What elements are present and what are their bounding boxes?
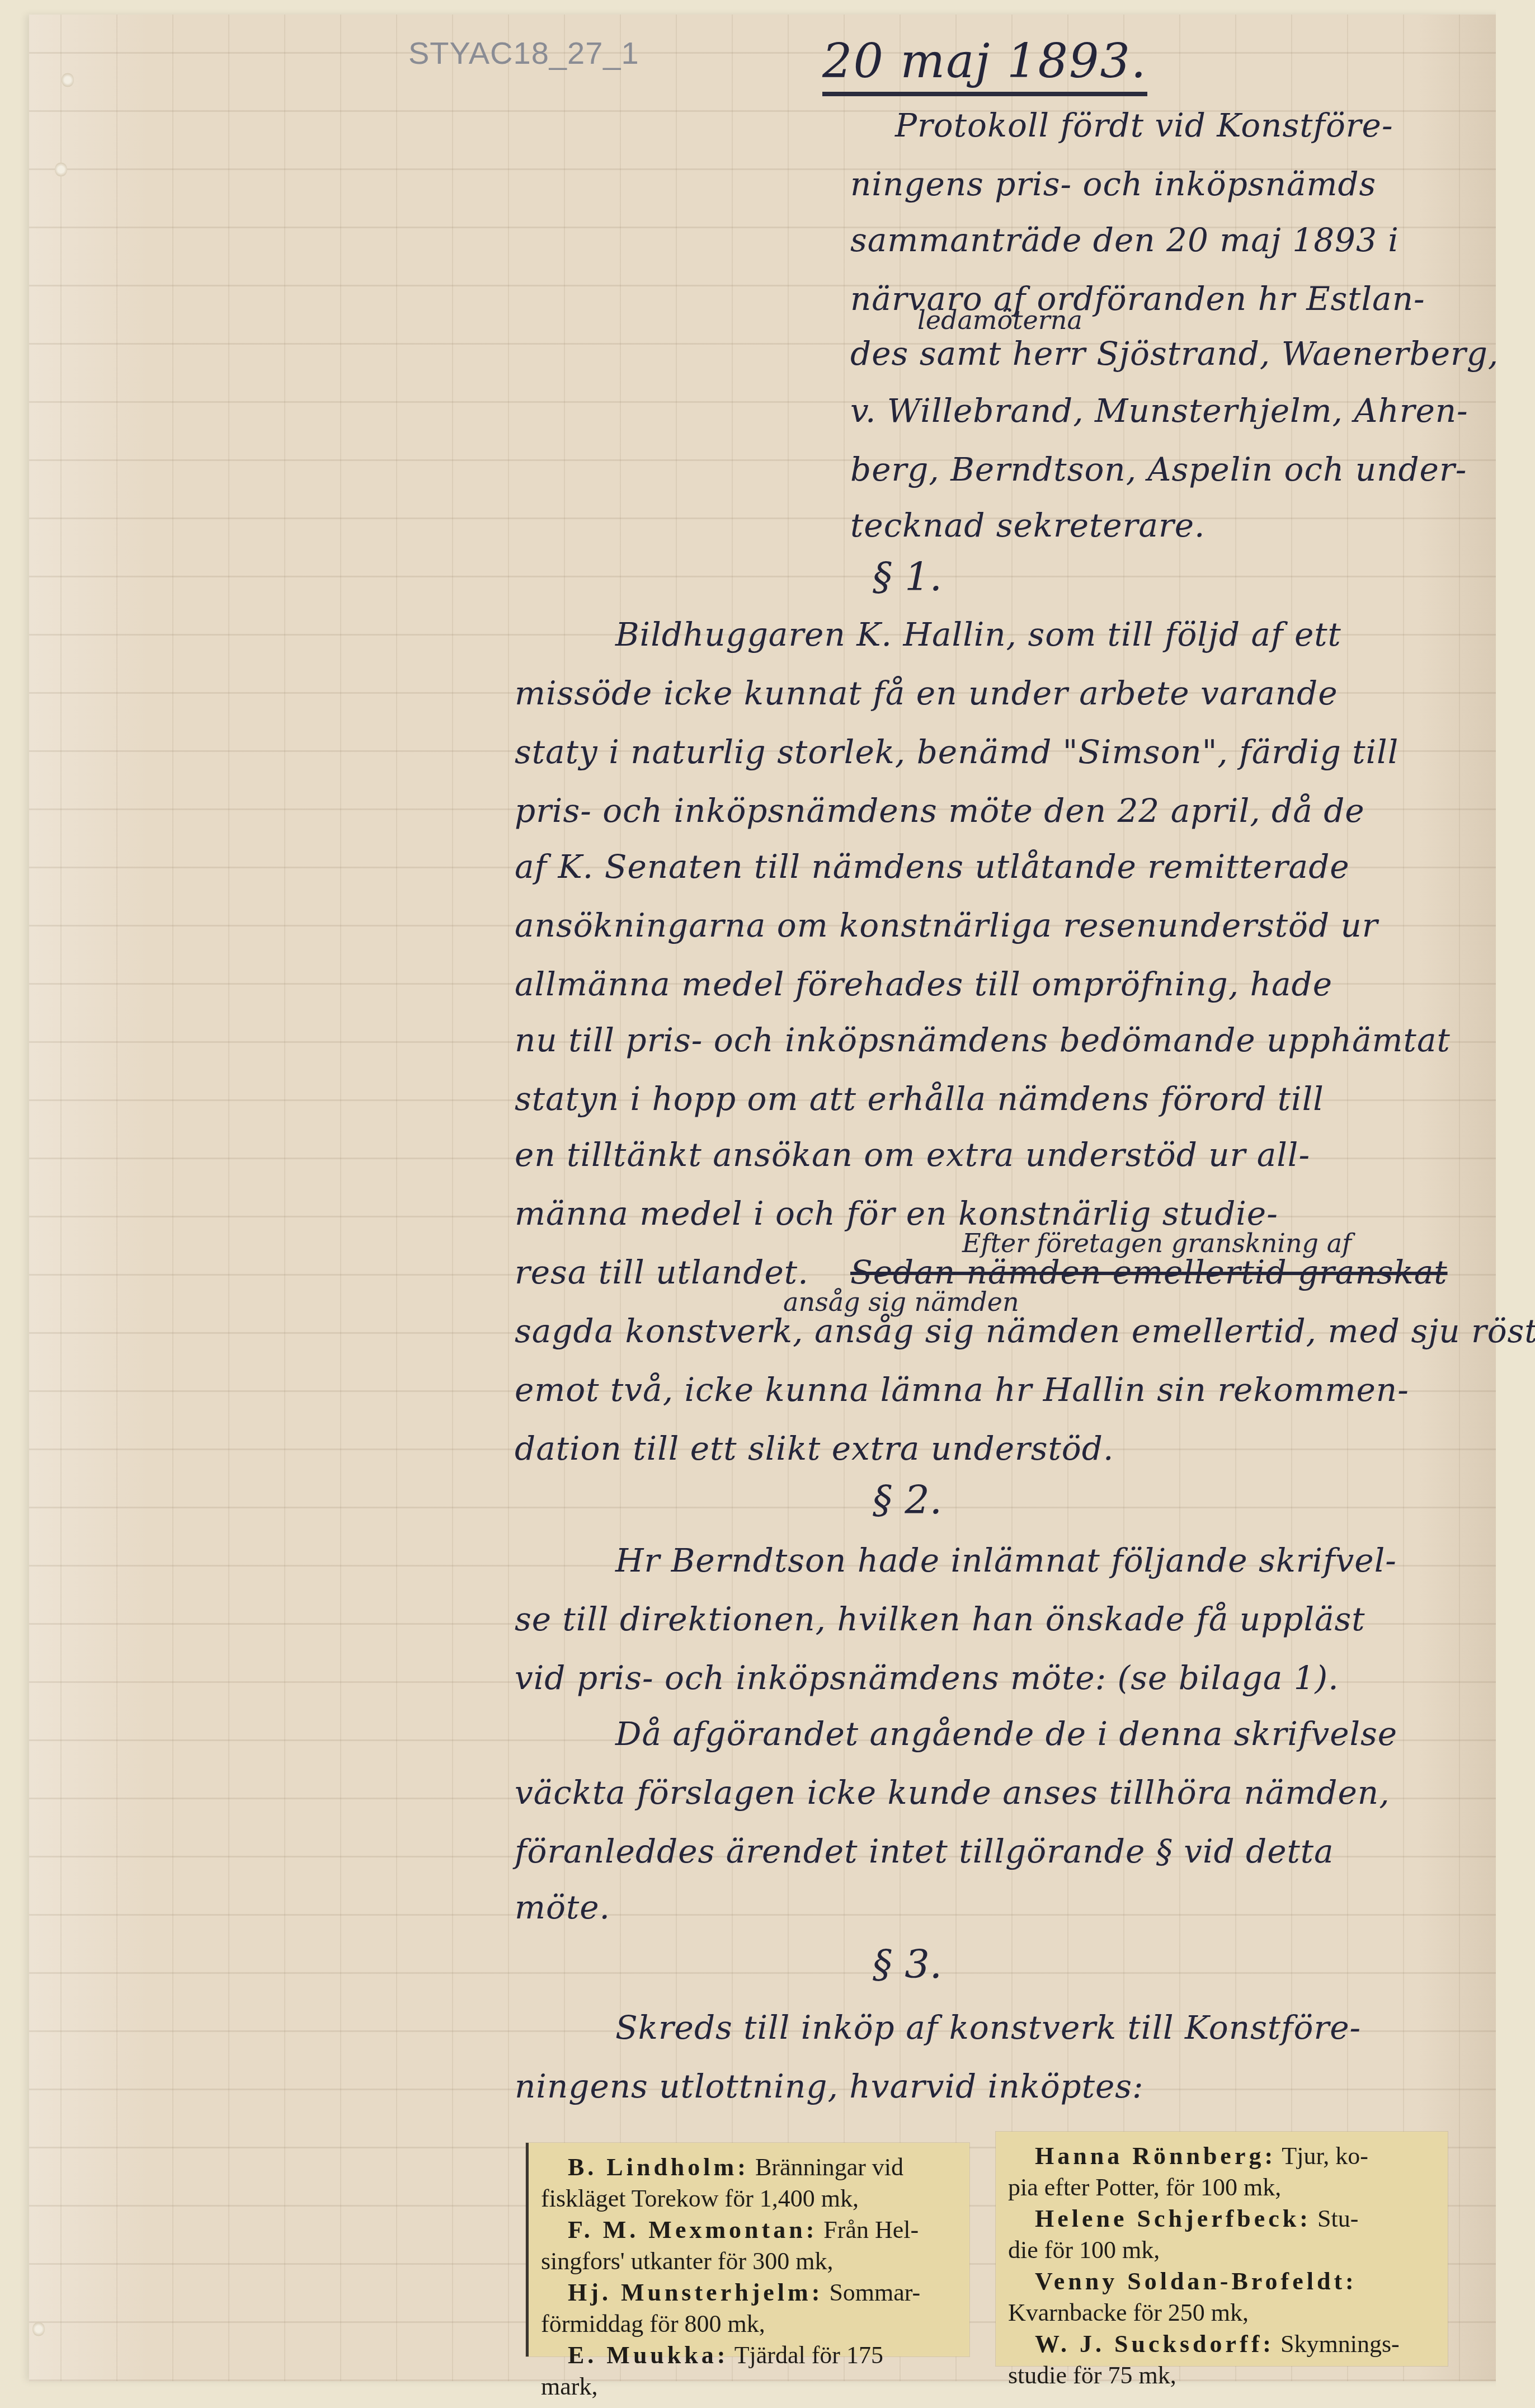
intro-line: des samt herr Sjöstrand, Waenerberg,: [850, 335, 1499, 373]
section-2-line: se till direktionen, hvilken han önskade…: [515, 1600, 1366, 1638]
date-heading: 20 maj 1893.: [822, 34, 1147, 96]
section-2-line: Då afgörandet angående de i denna skrifv…: [615, 1715, 1397, 1753]
clipping-line: fiskläget Torekow för 1,400 mk,: [541, 2183, 955, 2214]
punch-hole: [55, 162, 67, 177]
clipping-line: Hj. Munsterhjelm: Sommar-: [541, 2277, 955, 2308]
section-1-line: pris- och inköpsnämdens möte den 22 apri…: [515, 792, 1365, 830]
clipping-line: Hanna Rönnberg: Tjur, ko-: [1008, 2141, 1433, 2172]
clipping-line: die för 100 mk,: [1008, 2235, 1433, 2266]
section-mark-2: § 2.: [873, 1477, 942, 1523]
section-1-line: männa medel i och för en konstnärlig stu…: [515, 1194, 1278, 1233]
section-1-line: Bildhuggaren K. Hallin, som till följd a…: [615, 615, 1341, 653]
section-2-line: möte.: [515, 1888, 610, 1926]
section-1-line: en tilltänkt ansökan om extra understöd …: [515, 1136, 1310, 1174]
clipping-line: E. Muukka: Tjärdal för 175: [541, 2340, 955, 2371]
section-2-line: väckta förslagen icke kunde anses tillhö…: [515, 1774, 1390, 1812]
section-2-line: vid pris- och inköpsnämdens möte: (se bi…: [515, 1659, 1339, 1697]
section-1-line: sagda konstverk, ansåg sig nämden emelle…: [515, 1312, 1535, 1350]
clipping-line: B. Lindholm: Bränningar vid: [541, 2152, 955, 2183]
intro-line: v. Willebrand, Munsterhjelm, Ahren-: [850, 392, 1468, 430]
archive-reference: STYAC18_27_1: [408, 35, 639, 71]
punch-hole: [32, 2322, 45, 2336]
intro-line: tecknad sekreterare.: [850, 506, 1205, 544]
section-1-line: missöde icke kunnat få en under arbete v…: [515, 674, 1338, 712]
section-3-line: ningens utlottning, hvarvid inköptes:: [515, 2067, 1144, 2105]
section-1-line: staty i naturlig storlek, benämd "Simson…: [515, 733, 1399, 771]
section-2-line: föranleddes ärendet intet tillgörande § …: [515, 1832, 1334, 1870]
section-2-line: Hr Berndtson hade inlämnat följande skri…: [615, 1541, 1397, 1579]
section-1-line: ansökningarna om konstnärliga resenunder…: [515, 906, 1378, 944]
newspaper-clipping-left: B. Lindholm: Bränningar vid fiskläget To…: [526, 2143, 969, 2357]
section-1-line: af K. Senaten till nämdens utlåtande rem…: [515, 848, 1350, 886]
mount-board: [1496, 0, 1535, 2408]
punch-hole: [62, 73, 74, 87]
newspaper-clipping-right: Hanna Rönnberg: Tjur, ko- pia efter Pott…: [996, 2132, 1448, 2366]
clipping-line: Venny Soldan-Brofeldt:: [1008, 2266, 1433, 2297]
clipping-line: mark,: [541, 2371, 955, 2402]
intro-line: Protokoll fördt vid Konstföre-: [895, 106, 1393, 144]
intro-line: sammanträde den 20 maj 1893 i: [850, 221, 1399, 259]
clipping-line: pia efter Potter, för 100 mk,: [1008, 2172, 1433, 2203]
clipping-line: förmiddag för 800 mk,: [541, 2308, 955, 2340]
struck-text: Sedan nämden emellertid granskat: [850, 1253, 1448, 1291]
clipping-line: studie för 75 mk,: [1008, 2360, 1433, 2391]
section-1-line: dation till ett slikt extra understöd.: [515, 1429, 1114, 1468]
clipping-line: Helene Schjerfbeck: Stu-: [1008, 2203, 1433, 2235]
section-3-line: Skreds till inköp af konstverk till Kons…: [615, 2009, 1361, 2047]
section-1-line: statyn i hopp om att erhålla nämdens för…: [515, 1080, 1324, 1118]
clipping-line: Kvarnbacke för 250 mk,: [1008, 2297, 1433, 2329]
intro-line: ningens pris- och inköpsnämds: [850, 165, 1376, 203]
clipping-line: W. J. Sucksdorff: Skymnings-: [1008, 2329, 1433, 2360]
section-mark-3: § 3.: [873, 1941, 942, 1987]
clipping-line: singfors' utkanter för 300 mk,: [541, 2246, 955, 2277]
section-1-line: nu till pris- och inköpsnämdens bedömand…: [515, 1021, 1451, 1059]
clipping-line: F. M. Mexmontan: Från Hel-: [541, 2214, 955, 2246]
section-1-line: emot två, icke kunna lämna hr Hallin sin…: [515, 1371, 1409, 1409]
intro-line: berg, Berndtson, Aspelin och under-: [850, 450, 1467, 488]
intro-insertion: ledamöterna: [917, 305, 1082, 335]
section-1-line: allmänna medel förehades till ompröfning…: [515, 965, 1332, 1003]
section-1-line: resa till utlandet.: [515, 1253, 809, 1291]
section-mark-1: § 1.: [873, 554, 942, 600]
